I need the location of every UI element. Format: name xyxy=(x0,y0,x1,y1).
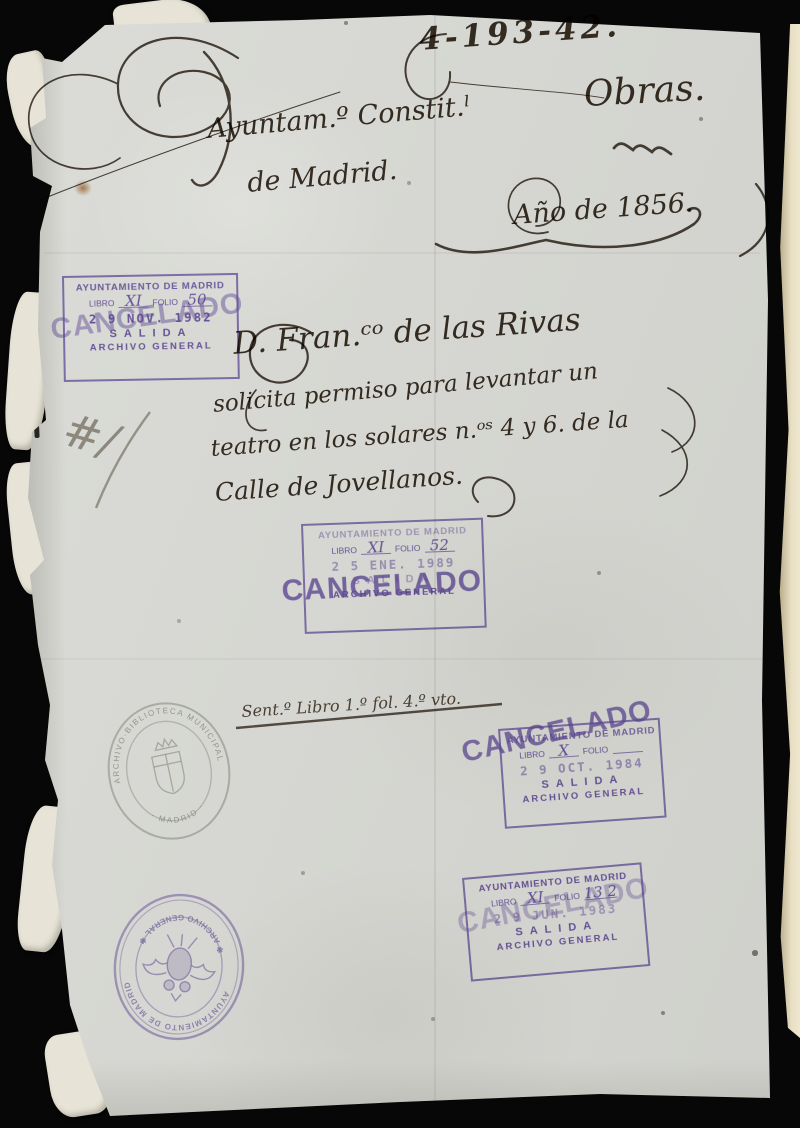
scan-background: ARCHIVO·BIBLIOTECA MUNICIPAL · MADRID · … xyxy=(0,0,800,1128)
section-title: Obras. xyxy=(583,68,706,115)
handwriting-flourishes xyxy=(0,0,800,1128)
